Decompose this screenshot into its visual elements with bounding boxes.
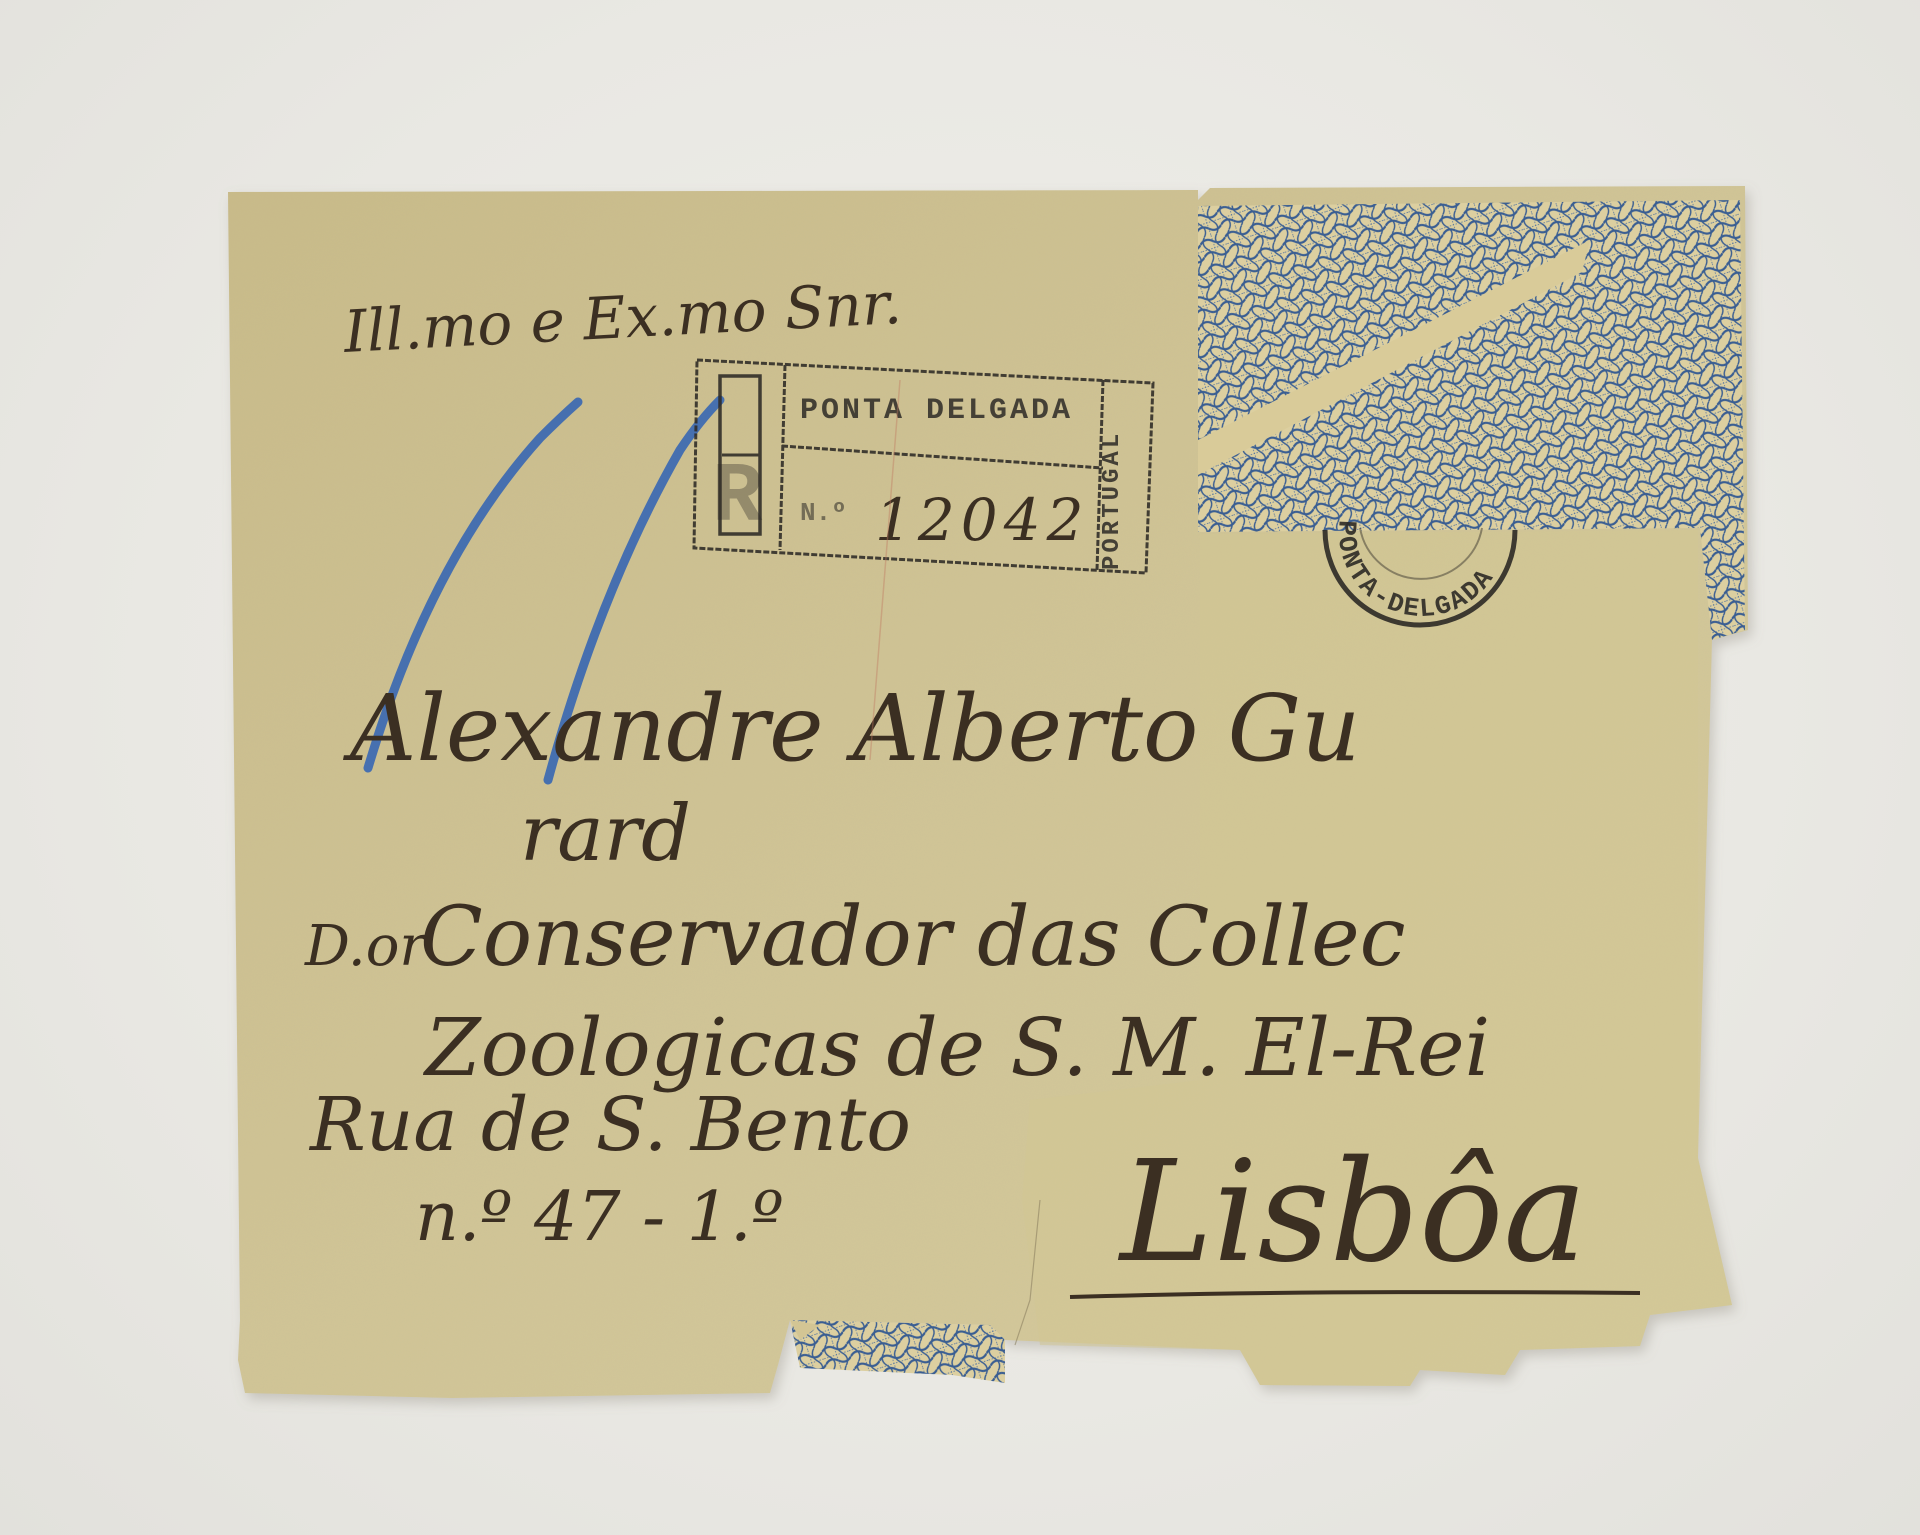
envelope-photo: R PONTA DELGADA N.º 12042 PORTUGAL PONTA… (0, 0, 1920, 1535)
title-prefix: D.or (304, 914, 429, 979)
registration-number-prefix: N.º (800, 498, 847, 528)
registration-letter: R (712, 451, 763, 546)
registration-number: 12042 (875, 486, 1090, 554)
addressee-name-line-1: Alexandre Alberto Gu (342, 675, 1360, 782)
addressee-name-line-2: rard (520, 789, 691, 879)
address-line-3: Conservador das Collec (420, 890, 1406, 985)
street-number: n.º 47 - 1.º (415, 1178, 784, 1257)
photograph-stage: R PONTA DELGADA N.º 12042 PORTUGAL PONTA… (0, 0, 1920, 1535)
city: Lisbôa (1117, 1131, 1587, 1294)
registration-country: PORTUGAL (1099, 431, 1126, 570)
security-pattern-bottom (790, 1320, 1005, 1383)
street-address: Rua de S. Bento (308, 1082, 911, 1168)
address-line-4: Zoologicas de S. M. El-Rei (422, 1001, 1490, 1094)
registration-office: PONTA DELGADA (800, 394, 1073, 428)
